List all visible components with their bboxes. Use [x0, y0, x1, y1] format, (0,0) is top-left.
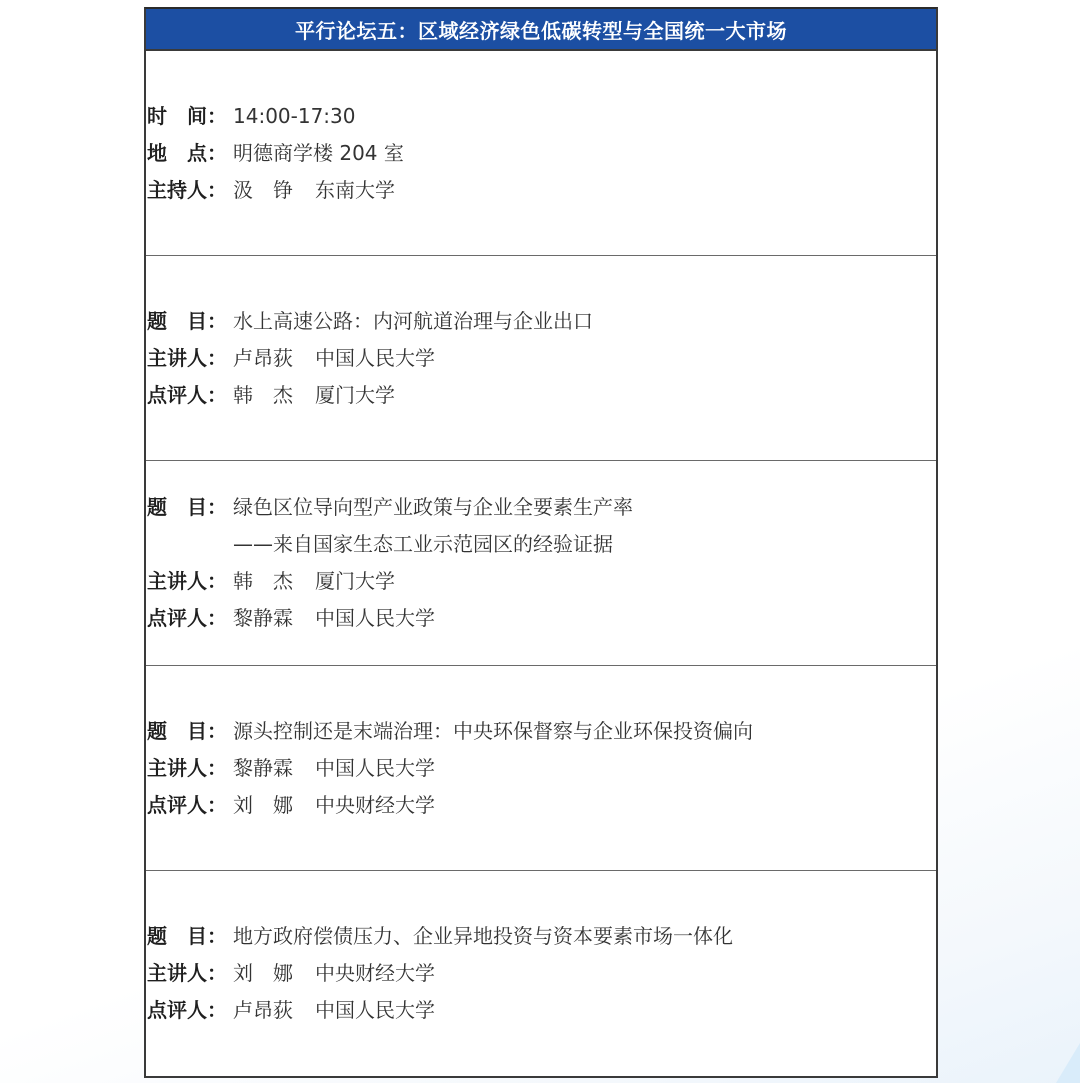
discussant-label: 点评人：	[147, 377, 233, 414]
time-value: 14:00-17:30	[233, 98, 356, 135]
speaker-value: 卢昂荻中国人民大学	[233, 340, 435, 377]
session-3: 题 目： 源头控制还是末端治理：中央环保督察与企业环保投资偏向 主讲人： 黎静霖…	[146, 666, 936, 871]
discussant-label: 点评人：	[147, 787, 233, 824]
forum-schedule-table: 平行论坛五：区域经济绿色低碳转型与全国统一大市场 时 间： 14:00-17:3…	[144, 7, 938, 1078]
host-label: 主持人：	[147, 172, 233, 209]
topic-line: 题 目： 绿色区位导向型产业政策与企业全要素生产率	[147, 489, 936, 526]
topic-label: 题 目：	[147, 713, 233, 750]
speaker-line: 主讲人： 黎静霖中国人民大学	[147, 750, 936, 787]
topic-subtitle: ——来自国家生态工业示范园区的经验证据	[233, 526, 613, 563]
speaker-name: 黎静霖	[233, 756, 293, 780]
discussant-label: 点评人：	[147, 600, 233, 637]
speaker-affiliation: 厦门大学	[315, 569, 395, 593]
discussant-value: 黎静霖中国人民大学	[233, 600, 435, 637]
topic-label: 题 目：	[147, 303, 233, 340]
discussant-name: 刘 娜	[233, 793, 293, 817]
host-name: 汲 铮	[233, 178, 293, 202]
forum-title-header: 平行论坛五：区域经济绿色低碳转型与全国统一大市场	[146, 9, 936, 51]
discussant-value: 韩 杰厦门大学	[233, 377, 395, 414]
location-line: 地 点： 明德商学楼 204 室	[147, 135, 936, 172]
discussant-name: 黎静霖	[233, 606, 293, 630]
discussant-value: 刘 娜中央财经大学	[233, 787, 435, 824]
session-2: 题 目： 绿色区位导向型产业政策与企业全要素生产率 ——来自国家生态工业示范园区…	[146, 461, 936, 666]
discussant-line: 点评人： 卢昂荻中国人民大学	[147, 992, 936, 1029]
discussant-affiliation: 中国人民大学	[315, 606, 435, 630]
topic-value: 地方政府偿债压力、企业异地投资与资本要素市场一体化	[233, 918, 733, 955]
discussant-line: 点评人： 韩 杰厦门大学	[147, 377, 936, 414]
speaker-name: 卢昂荻	[233, 346, 293, 370]
speaker-label: 主讲人：	[147, 955, 233, 992]
discussant-line: 点评人： 刘 娜中央财经大学	[147, 787, 936, 824]
host-line: 主持人： 汲 铮东南大学	[147, 172, 936, 209]
decorative-corner-shape	[1056, 1043, 1080, 1083]
discussant-affiliation: 中国人民大学	[315, 998, 435, 1022]
speaker-value: 刘 娜中央财经大学	[233, 955, 435, 992]
host-value: 汲 铮东南大学	[233, 172, 395, 209]
session-1: 题 目： 水上高速公路：内河航道治理与企业出口 主讲人： 卢昂荻中国人民大学 点…	[146, 256, 936, 461]
topic-value: 源头控制还是末端治理：中央环保督察与企业环保投资偏向	[233, 713, 753, 750]
topic-value: 绿色区位导向型产业政策与企业全要素生产率	[233, 489, 633, 526]
topic-line: 题 目： 水上高速公路：内河航道治理与企业出口	[147, 303, 936, 340]
speaker-value: 黎静霖中国人民大学	[233, 750, 435, 787]
discussant-affiliation: 中央财经大学	[315, 793, 435, 817]
topic-value: 水上高速公路：内河航道治理与企业出口	[233, 303, 593, 340]
discussant-label: 点评人：	[147, 992, 233, 1029]
forum-title: 平行论坛五：区域经济绿色低碳转型与全国统一大市场	[295, 15, 787, 44]
speaker-affiliation: 中国人民大学	[315, 346, 435, 370]
discussant-name: 卢昂荻	[233, 998, 293, 1022]
speaker-affiliation: 中国人民大学	[315, 756, 435, 780]
speaker-label: 主讲人：	[147, 340, 233, 377]
topic-label: 题 目：	[147, 918, 233, 955]
location-value: 明德商学楼 204 室	[233, 135, 404, 172]
discussant-affiliation: 厦门大学	[315, 383, 395, 407]
topic-label: 题 目：	[147, 489, 233, 526]
speaker-line: 主讲人： 刘 娜中央财经大学	[147, 955, 936, 992]
time-line: 时 间： 14:00-17:30	[147, 98, 936, 135]
speaker-name: 刘 娜	[233, 961, 293, 985]
location-label: 地 点：	[147, 135, 233, 172]
topic-subtitle-line: ——来自国家生态工业示范园区的经验证据	[147, 526, 936, 563]
speaker-value: 韩 杰厦门大学	[233, 563, 395, 600]
speaker-line: 主讲人： 韩 杰厦门大学	[147, 563, 936, 600]
speaker-line: 主讲人： 卢昂荻中国人民大学	[147, 340, 936, 377]
topic-line: 题 目： 源头控制还是末端治理：中央环保督察与企业环保投资偏向	[147, 713, 936, 750]
speaker-label: 主讲人：	[147, 563, 233, 600]
discussant-value: 卢昂荻中国人民大学	[233, 992, 435, 1029]
time-label: 时 间：	[147, 98, 233, 135]
overview-section: 时 间： 14:00-17:30 地 点： 明德商学楼 204 室 主持人： 汲…	[146, 51, 936, 256]
discussant-line: 点评人： 黎静霖中国人民大学	[147, 600, 936, 637]
speaker-name: 韩 杰	[233, 569, 293, 593]
speaker-label: 主讲人：	[147, 750, 233, 787]
session-4: 题 目： 地方政府偿债压力、企业异地投资与资本要素市场一体化 主讲人： 刘 娜中…	[146, 871, 936, 1076]
topic-line: 题 目： 地方政府偿债压力、企业异地投资与资本要素市场一体化	[147, 918, 936, 955]
host-affiliation: 东南大学	[315, 178, 395, 202]
speaker-affiliation: 中央财经大学	[315, 961, 435, 985]
discussant-name: 韩 杰	[233, 383, 293, 407]
